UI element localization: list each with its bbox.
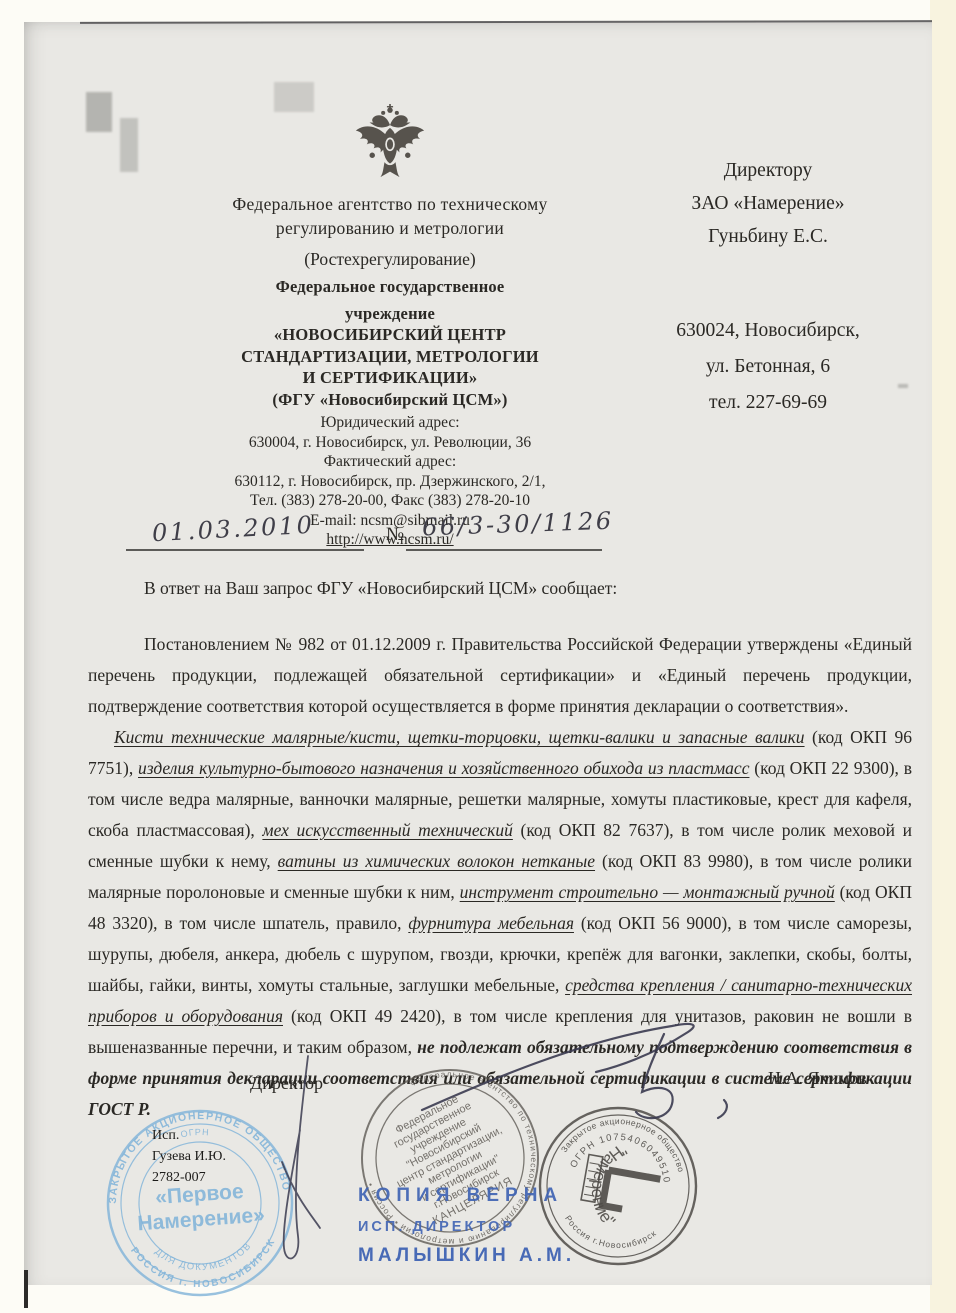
state-emblem-eagle-icon xyxy=(349,102,431,188)
executor-name: Гузева И.Ю. xyxy=(152,1146,226,1167)
addressee-address-line: ул. Бетонная, 6 xyxy=(600,349,936,385)
executor-phone: 2782-007 xyxy=(152,1167,226,1188)
copy-certification-block: КОПИЯ ВЕРНА ИСП. ДИРЕКТОР МАЛЫШКИН А.М. xyxy=(358,1185,575,1267)
scanned-letter: Федеральное агентство по техническому ре… xyxy=(0,0,956,1313)
addressee-line: ЗАО «Намерение» xyxy=(600,187,936,220)
body-text-segment: ватины из химических волокон нетканые xyxy=(278,851,595,871)
org-address-line: Фактический адрес: xyxy=(84,452,696,472)
scan-top-line xyxy=(80,20,932,24)
malyshkin-name-text: МАЛЫШКИН А.М. xyxy=(358,1245,575,1267)
org-address-line: 630112, г. Новосибирск, пр. Дзержинского… xyxy=(84,472,696,492)
addressee-address-line: тел. 227-69-69 xyxy=(600,385,936,421)
body-text-segment: Кисти технические малярные/кисти, щетки-… xyxy=(114,727,805,747)
letter-page: Федеральное агентство по техническому ре… xyxy=(24,22,932,1285)
acting-director-text: ИСП. ДИРЕКТОР xyxy=(358,1219,575,1235)
executor-block: Исп. Гузева И.Ю. 2782-007 xyxy=(152,1125,226,1188)
number-underline xyxy=(406,549,602,551)
org-address-line: 630004, г. Новосибирск, ул. Революции, 3… xyxy=(84,433,696,453)
number-sign-label: № xyxy=(386,524,404,546)
body-text-segment: изделия культурно-бытового назначения и … xyxy=(138,758,749,778)
body-text-segment: инструмент строительно — монтажный ручно… xyxy=(460,882,835,902)
paragraph-decree: Постановлением № 982 от 01.12.2009 г. Пр… xyxy=(88,629,912,722)
addressee-block: Директору ЗАО «Намерение» Гуньбину Е.С. … xyxy=(600,154,936,421)
body-text-segment: фурнитура мебельная xyxy=(408,913,574,933)
body-text-segment: мех искусственный технический xyxy=(262,820,512,840)
addressee-address-line: 630024, Новосибирск, xyxy=(600,313,936,349)
date-underline xyxy=(126,549,364,551)
addressee-line: Гуньбину Е.С. xyxy=(600,220,936,253)
executor-label: Исп. xyxy=(152,1125,226,1146)
addressee-line: Директору xyxy=(600,154,936,187)
salutation: В ответ на Ваш запрос ФГУ «Новосибирский… xyxy=(88,578,912,599)
copy-verna-text: КОПИЯ ВЕРНА xyxy=(358,1185,575,1207)
